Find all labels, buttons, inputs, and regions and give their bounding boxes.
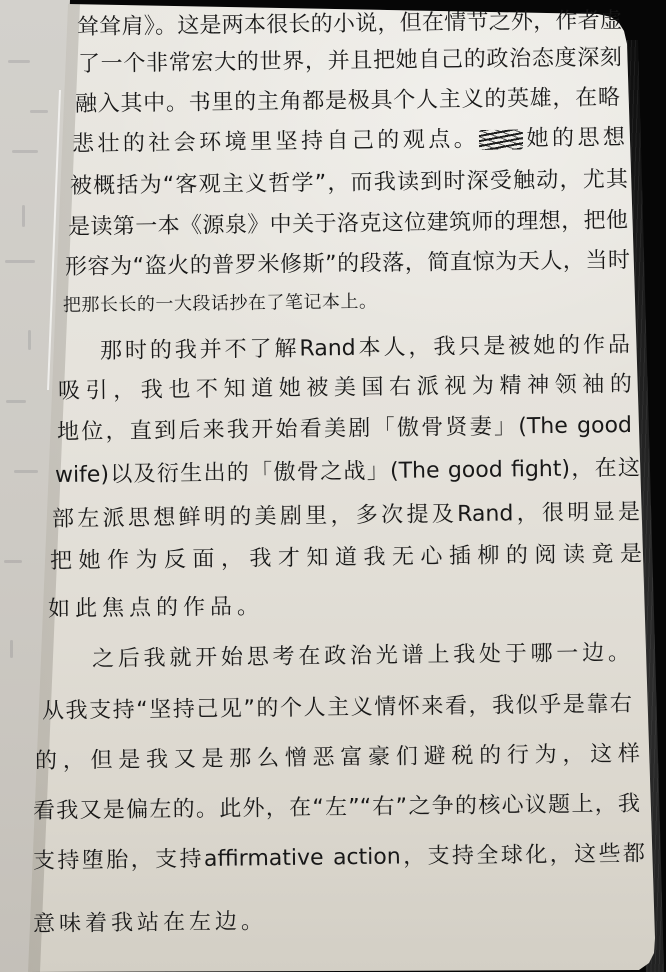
text-segment: 悲壮的社会环境里坚持自己的观点。 xyxy=(72,127,479,157)
handwritten-text: 耸耸肩》。这是两本很长的小说，但在情节之外，作者虚构 了一个非常宏大的世界，并且… xyxy=(0,0,666,972)
text-line: 那时的我并不了解Rand本人，我只是被她的作品 xyxy=(100,330,630,368)
text-line: 之后我就开始思考在政治光谱上我处于哪一边。 xyxy=(92,637,630,676)
text-line: 的，但是我又是那么憎恶富豪们避税的行为，这样 xyxy=(35,739,640,778)
text-line: wife)以及衍生出的「傲骨之战」(The good fight)，在这 xyxy=(55,453,640,492)
text-line: 部左派思想鲜明的美剧里，多次提及Rand，很明显是 xyxy=(52,497,640,536)
text-line: 把那长长的一大段话抄在了笔记本上。 xyxy=(63,286,378,322)
text-line: 悲壮的社会环境里坚持自己的观点。她的思想 xyxy=(72,122,625,161)
text-line: 吸引，我也不知道她被美国右派视为精神领袖的 xyxy=(58,369,632,408)
text-segment: 她的思想 xyxy=(523,125,625,151)
text-line: 支持堕胎，支持affirmative action，支持全球化，这些都 xyxy=(33,839,645,878)
text-line: 意味着我站在左边。 xyxy=(33,906,267,941)
text-line: 是读第一本《源泉》中关于洛克这位建筑师的理想，把他 xyxy=(68,205,628,244)
text-line: 看我又是偏左的。此外，在“左”“右”之争的核心议题上，我 xyxy=(33,789,640,828)
text-line: 如此焦点的作品。 xyxy=(48,591,264,626)
text-line: 把她作为反面，我才知道我无心插柳的阅读竟是 xyxy=(50,539,642,578)
text-line: 耸耸肩》。这是两本很长的小说，但在情节之外，作者虚构 xyxy=(77,5,622,44)
text-line: 从我支持“坚持己见”的个人主义情怀来看，我似乎是靠右 xyxy=(42,689,632,728)
text-line: 被概括为“客观主义哲学”，而我读到时深受触动，尤其 xyxy=(70,164,628,203)
text-line: 了一个非常宏大的世界，并且把她自己的政治态度深刻地 xyxy=(78,42,622,81)
crossed-out-word xyxy=(479,129,523,150)
text-line: 形容为“盗火的普罗米修斯”的段落，简直惊为天人，当时就 xyxy=(65,245,630,284)
text-line: 融入其中。书里的主角都是极具个人主义的英雄，在略带 xyxy=(75,82,620,121)
text-line: 地位，直到后来我开始看美剧「傲骨贤妻」(The good xyxy=(57,410,632,449)
